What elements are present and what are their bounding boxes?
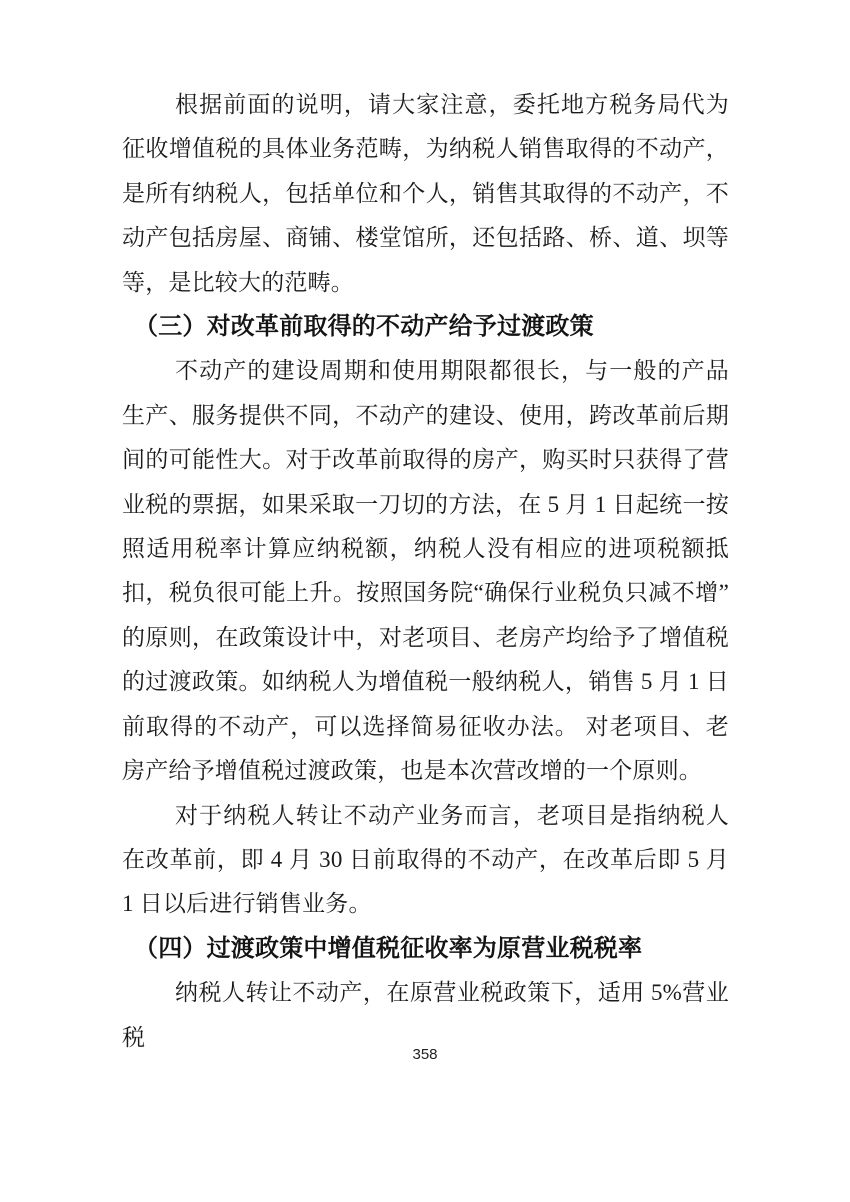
paragraph-old-project-definition: 对于纳税人转让不动产业务而言，老项目是指纳税人在改革前，即 4 月 30 日前取…: [122, 794, 729, 927]
section-heading-4-levy-rate: （四）过渡政策中增值税征收率为原营业税税率: [122, 927, 729, 971]
paragraph-scope-of-collection: 根据前面的说明，请大家注意，委托地方税务局代为征收增值税的具体业务范畴，为纳税人…: [122, 83, 729, 305]
document-page: 根据前面的说明，请大家注意，委托地方税务局代为征收增值税的具体业务范畴，为纳税人…: [0, 0, 850, 1202]
page-number: 358: [412, 1046, 437, 1063]
section-heading-3-transition-policy: （三）对改革前取得的不动产给予过渡政策: [122, 305, 729, 349]
document-body: 根据前面的说明，请大家注意，委托地方税务局代为征收增值税的具体业务范畴，为纳税人…: [122, 83, 729, 1060]
paragraph-transition-policy-detail: 不动产的建设周期和使用期限都很长，与一般的产品生产、服务提供不同，不动产的建设、…: [122, 349, 729, 793]
page-footer: 358: [0, 1045, 850, 1065]
